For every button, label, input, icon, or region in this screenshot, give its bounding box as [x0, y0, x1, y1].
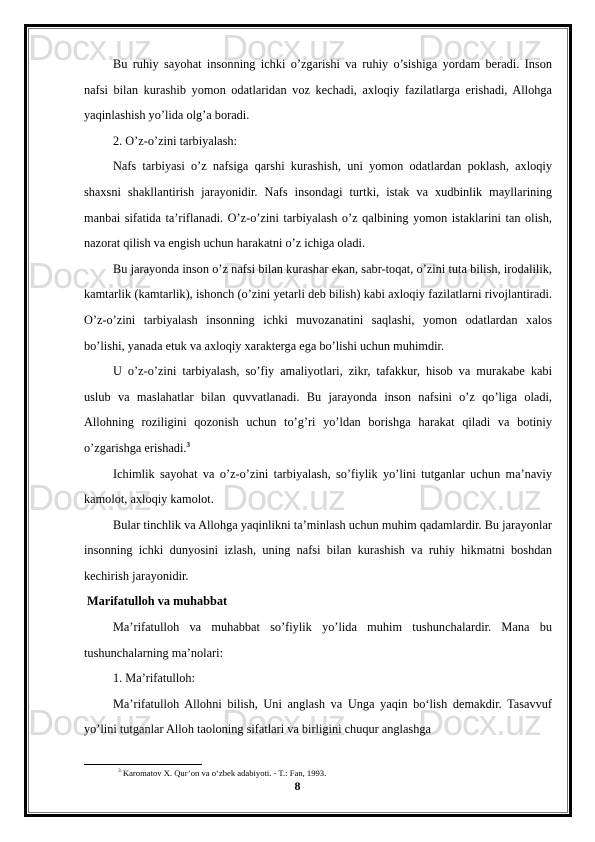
footnote: 3 Karomatov X. Qur’on va o‘zbek adabiyot… [118, 767, 326, 779]
paragraph: Bu jarayonda inson o’z nafsi bilan kuras… [84, 257, 552, 359]
paragraph-text: U o’z-o’zini tarbiyalash, so’fiy amaliyo… [84, 364, 552, 455]
list-item-heading: 1. Ma’rifatulloh: [84, 666, 552, 692]
paragraph: Nafs tarbiyasi o’z nafsiga qarshi kurash… [84, 154, 552, 256]
document-body: Bu ruhiy sayohat insonning ichki o’zgari… [84, 52, 552, 743]
paragraph: Ma’rifatulloh Allohni bilish, Uni anglas… [84, 692, 552, 743]
paragraph: Ma’rifatulloh va muhabbat so’fiylik yo’l… [84, 615, 552, 666]
section-heading: Marifatulloh va muhabbat [84, 589, 552, 615]
footnote-separator [84, 764, 202, 765]
footnote-number: 3 [118, 768, 121, 774]
paragraph: Bu ruhiy sayohat insonning ichki o’zgari… [84, 52, 552, 129]
list-item-heading: 2. O’z-o’zini tarbiyalash: [84, 129, 552, 155]
paragraph: Bular tinchlik va Allohga yaqinlikni ta’… [84, 513, 552, 590]
paragraph: Ichimlik sayohat va o’z-o’zini tarbiyala… [84, 462, 552, 513]
footnote-reference[interactable]: 3 [186, 441, 190, 449]
page-number: 8 [0, 779, 595, 794]
paragraph-with-footnote: U o’z-o’zini tarbiyalash, so’fiy amaliyo… [84, 359, 552, 461]
footnote-text: Karomatov X. Qur’on va o‘zbek adabiyoti.… [123, 768, 326, 778]
